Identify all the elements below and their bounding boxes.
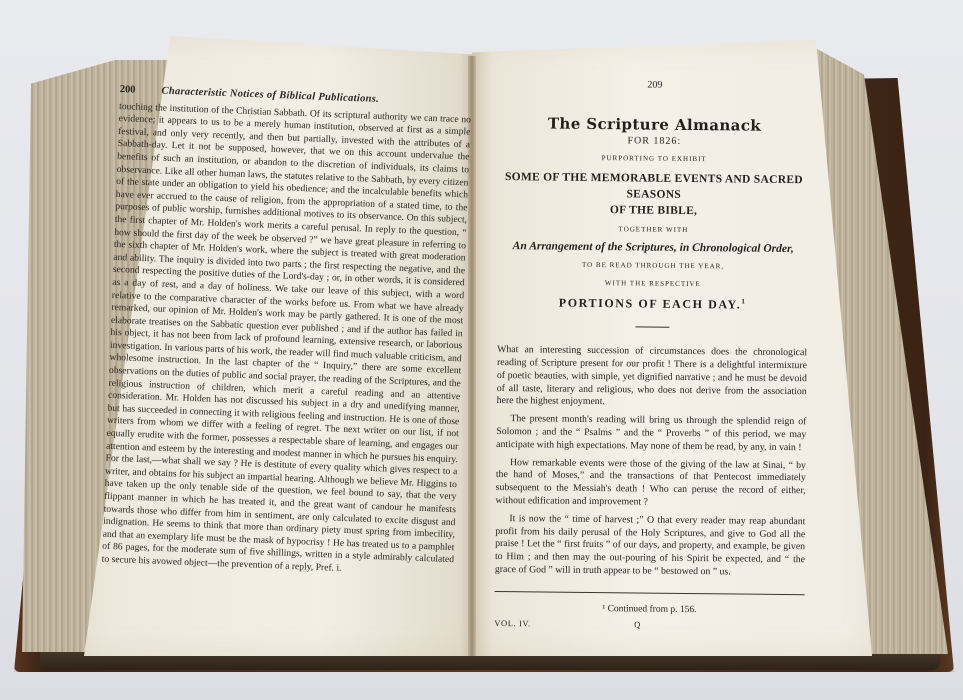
footnote-marker: 1	[741, 298, 746, 306]
left-page-text: 200 Characteristic Notices of Biblical P…	[101, 84, 471, 580]
signature-mark: Q	[634, 618, 640, 631]
together-with-line: TOGETHER WITH	[498, 222, 808, 238]
right-page-text: 209 The Scripture Almanack FOR 1826: PUR…	[494, 78, 810, 633]
right-paragraph-4: It is now the “ time of harvest ;” O tha…	[495, 513, 806, 580]
left-body-paragraph: touching the institution of the Christia…	[101, 101, 471, 580]
with-respective-line: WITH THE RESPECTIVE	[498, 276, 808, 292]
volume-label: VOL. IV.	[494, 616, 531, 629]
footnote-divider	[495, 591, 805, 595]
to-be-read-line: TO BE READ THROUGH THE YEAR,	[498, 258, 808, 274]
arrangement-line: An Arrangement of the Scriptures, in Chr…	[498, 240, 808, 256]
title-divider	[635, 327, 669, 328]
portions-line: PORTIONS OF EACH DAY.1	[498, 293, 808, 312]
headline-line-2: OF THE BIBLE,	[499, 201, 809, 220]
purporting-line: PURPORTING TO EXHIBIT	[499, 151, 809, 167]
almanack-year: FOR 1826:	[499, 134, 809, 150]
right-paragraph-1: What an interesting succession of circum…	[497, 344, 808, 411]
right-page-number: 209	[500, 78, 810, 94]
footnote: ¹ Continued from p. 156.	[494, 602, 804, 618]
right-paragraph-3: How remarkable events were those of the …	[495, 457, 806, 511]
portions-text: PORTIONS OF EACH DAY.	[559, 296, 742, 312]
right-body: What an interesting succession of circum…	[495, 344, 807, 580]
almanack-title: The Scripture Almanack	[499, 117, 809, 133]
left-page-number: 200	[120, 84, 136, 97]
right-paragraph-2: The present month's reading will bring u…	[496, 413, 806, 455]
headline-line-1: SOME OF THE MEMORABLE EVENTS AND SACRED …	[499, 169, 809, 204]
